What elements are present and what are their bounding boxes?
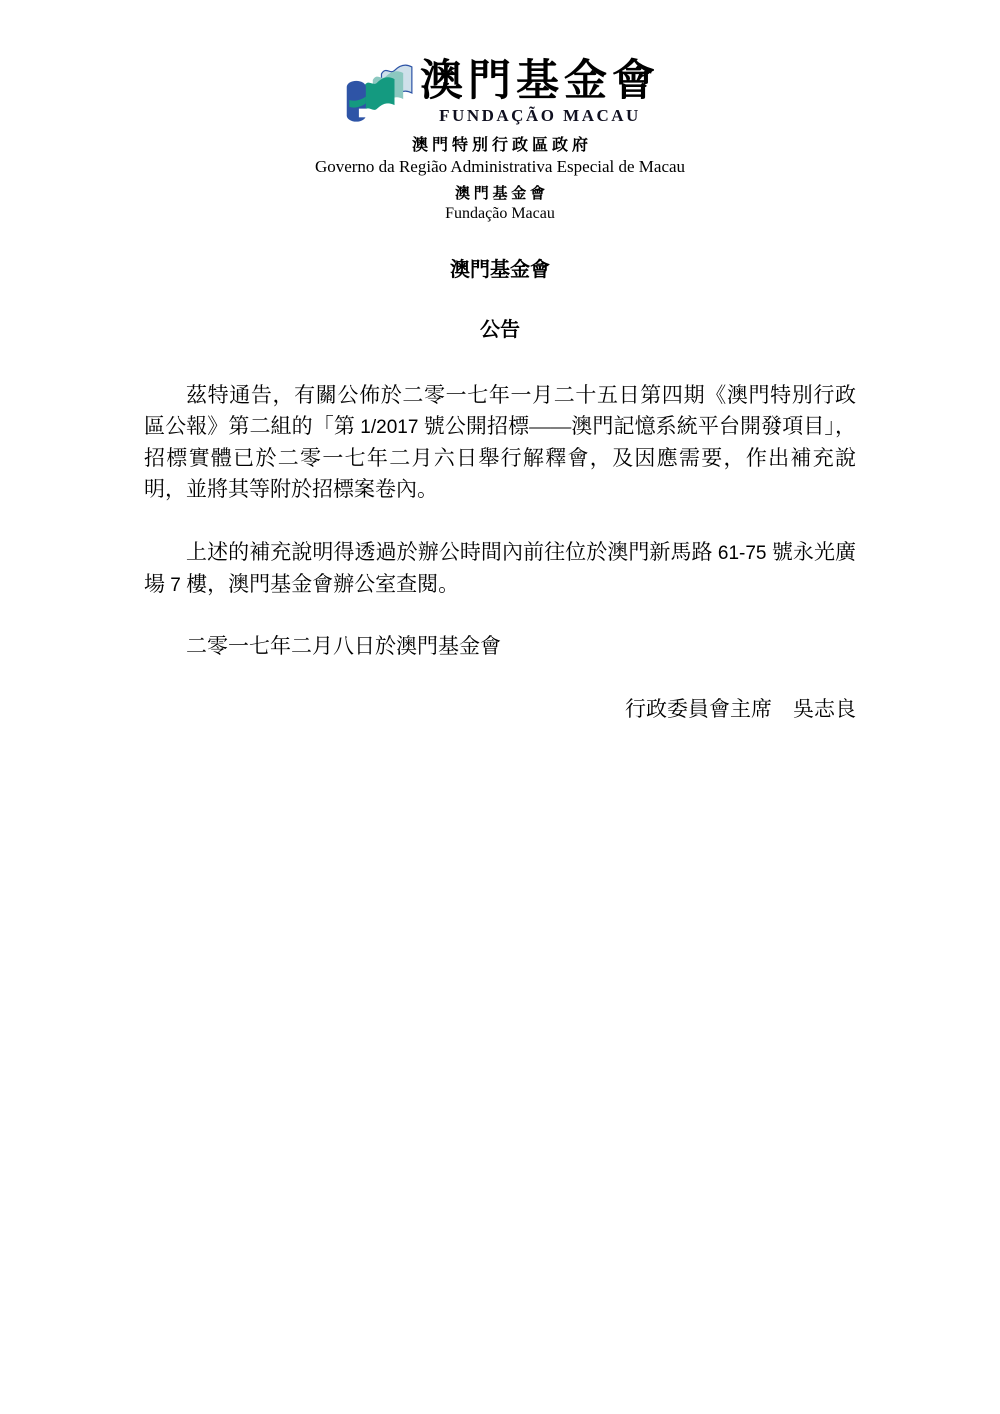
logo-wordmark-pt: FUNDAÇÃO MACAU	[420, 106, 660, 126]
paragraph: 上述的補充說明得透過於辦公時間內前往位於澳門新馬路 61-75 號永光廣場 7 …	[144, 537, 856, 601]
foundation-logo: 澳門基金會 FUNDAÇÃO MACAU	[0, 58, 1000, 126]
letterhead-organization-zh: 澳 門 基 金 會	[0, 185, 1000, 204]
body-paragraphs: 茲特通告，有關公佈於二零一七年一月二十五日第四期《澳門特別行政區公報》第二組的「…	[144, 380, 856, 601]
paragraph-latin-fragment: 61-75	[718, 543, 767, 564]
foundation-logo-mark-icon	[340, 60, 416, 126]
paragraph: 茲特通告，有關公佈於二零一七年一月二十五日第四期《澳門特別行政區公報》第二組的「…	[144, 380, 856, 505]
date-line: 二零一七年二月八日於澳門基金會	[144, 631, 856, 662]
signature-line: 行政委員會主席 吳志良	[144, 694, 856, 725]
letterhead: 澳門基金會 FUNDAÇÃO MACAU 澳 門 特 別 行 政 區 政 府 G…	[0, 0, 1000, 224]
paragraph-fragment: 上述的補充說明得透過於辦公時間內前往位於澳門新馬路	[186, 540, 718, 564]
document-page: 澳門基金會 FUNDAÇÃO MACAU 澳 門 特 別 行 政 區 政 府 G…	[0, 0, 1000, 1414]
logo-wordmark-zh: 澳門基金會	[420, 58, 660, 105]
document-type-title: 公告	[0, 318, 1000, 342]
logo-wave-green	[364, 77, 394, 111]
logo-wordmark: 澳門基金會 FUNDAÇÃO MACAU	[420, 58, 660, 126]
paragraph-latin-fragment: 1/2017	[360, 417, 418, 438]
document-body: 茲特通告，有關公佈於二零一七年一月二十五日第四期《澳門特別行政區公報》第二組的「…	[144, 342, 856, 725]
letterhead-organization-pt: Fundação Macau	[0, 204, 1000, 224]
letterhead-government-pt: Governo da Região Administrativa Especia…	[0, 156, 1000, 178]
paragraph-latin-fragment: 7	[170, 575, 181, 596]
document-org-title: 澳門基金會	[0, 258, 1000, 282]
paragraph-fragment: 樓，澳門基金會辦公室查閱。	[181, 572, 459, 596]
logo-cylinder-notch	[359, 109, 367, 118]
letterhead-government-zh: 澳 門 特 別 行 政 區 政 府	[0, 136, 1000, 156]
